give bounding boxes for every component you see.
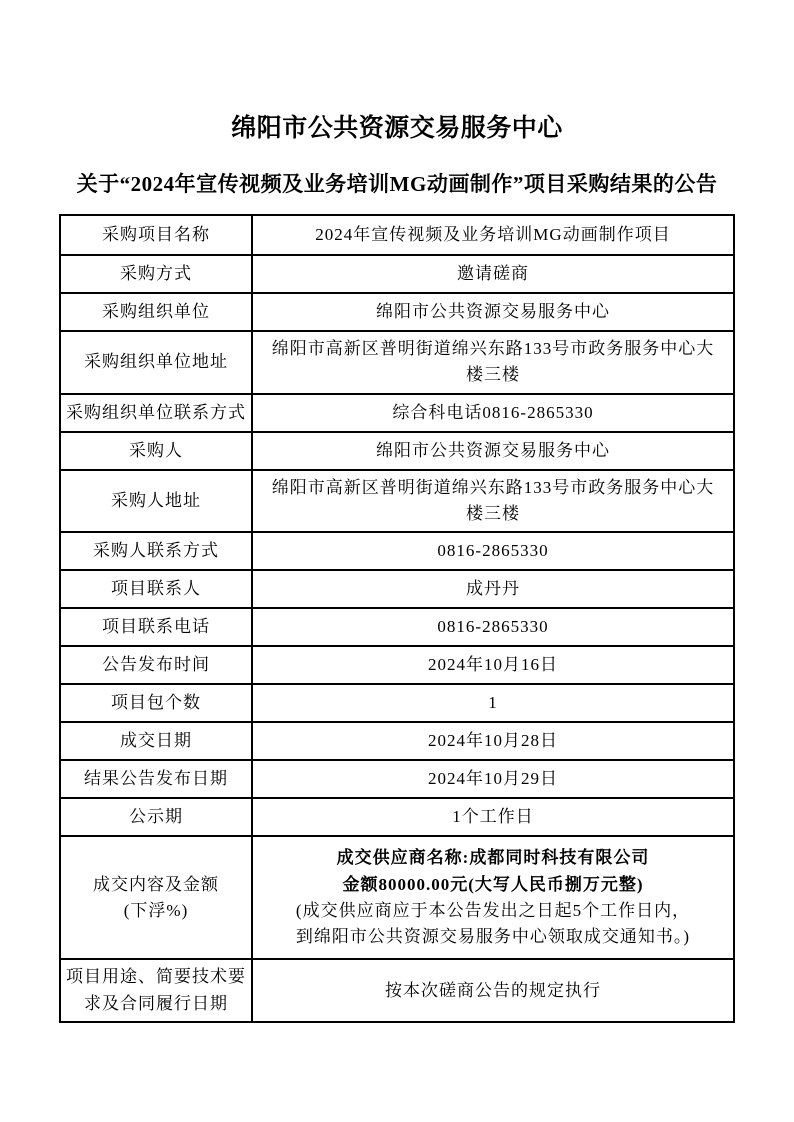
row-label-line1: 成交内容及金额 [93,872,219,898]
row-value: 2024年10月28日 [253,723,733,759]
row-label: 结果公告发布日期 [61,761,253,797]
table-row: 项目联系人 成丹丹 [61,569,733,607]
table-row: 采购方式 邀请磋商 [61,254,733,292]
row-label-line2: (下浮%) [124,898,188,924]
row-label: 项目联系人 [61,571,253,607]
row-value: 成交供应商名称:成都同时科技有限公司 金额80000.00元(大写人民币捌万元整… [253,837,733,958]
row-value: 邀请磋商 [253,256,733,292]
row-label: 采购项目名称 [61,216,253,254]
row-value: 1个工作日 [253,799,733,835]
table-row-award: 成交内容及金额 (下浮%) 成交供应商名称:成都同时科技有限公司 金额80000… [61,835,733,958]
table-row: 结果公告发布日期 2024年10月29日 [61,759,733,797]
document-title: 绵阳市公共资源交易服务中心 [0,0,794,144]
row-label: 项目用途、简要技术要求及合同履行日期 [61,960,253,1021]
row-value: 绵阳市公共资源交易服务中心 [253,433,733,469]
row-label: 采购组织单位地址 [61,332,253,393]
row-value: 绵阳市高新区普明街道绵兴东路133号市政务服务中心大楼三楼 [253,332,733,393]
table-row: 采购组织单位联系方式 综合科电话0816-2865330 [61,393,733,431]
row-label: 成交日期 [61,723,253,759]
row-value: 综合科电话0816-2865330 [253,395,733,431]
row-value: 2024年10月29日 [253,761,733,797]
announcement-document: 绵阳市公共资源交易服务中心 关于“2024年宣传视频及业务培训MG动画制作”项目… [0,0,794,1122]
row-label: 项目包个数 [61,685,253,721]
row-label: 项目联系电话 [61,609,253,645]
row-value: 成丹丹 [253,571,733,607]
table-row: 采购人地址 绵阳市高新区普明街道绵兴东路133号市政务服务中心大楼三楼 [61,469,733,532]
row-value: 2024年10月16日 [253,647,733,683]
row-label: 采购人联系方式 [61,533,253,569]
award-supplier-name: 成交供应商名称:成都同时科技有限公司 [337,845,650,871]
table-row: 公告发布时间 2024年10月16日 [61,645,733,683]
table-row: 项目包个数 1 [61,683,733,721]
row-label: 采购组织单位 [61,294,253,330]
row-label: 采购方式 [61,256,253,292]
table-row: 成交日期 2024年10月28日 [61,721,733,759]
table-row: 采购组织单位 绵阳市公共资源交易服务中心 [61,292,733,330]
table-row: 采购人 绵阳市公共资源交易服务中心 [61,431,733,469]
award-amount: 金额80000.00元(大写人民币捌万元整) [342,872,643,898]
table-row: 采购项目名称 2024年宣传视频及业务培训MG动画制作项目 [61,216,733,254]
row-value: 1 [253,685,733,721]
table-row: 项目联系电话 0816-2865330 [61,607,733,645]
row-value: 0816-2865330 [253,609,733,645]
row-label: 采购人地址 [61,471,253,532]
row-label: 成交内容及金额 (下浮%) [61,837,253,958]
row-value: 绵阳市公共资源交易服务中心 [253,294,733,330]
table-row: 项目用途、简要技术要求及合同履行日期 按本次磋商公告的规定执行 [61,958,733,1021]
row-value: 2024年宣传视频及业务培训MG动画制作项目 [253,216,733,254]
table-row: 采购人联系方式 0816-2865330 [61,531,733,569]
row-value: 绵阳市高新区普明街道绵兴东路133号市政务服务中心大楼三楼 [253,471,733,532]
announcement-subtitle: 关于“2024年宣传视频及业务培训MG动画制作”项目采购结果的公告 [0,168,794,198]
procurement-result-table: 采购项目名称 2024年宣传视频及业务培训MG动画制作项目 采购方式 邀请磋商 … [59,214,735,1023]
row-label: 公告发布时间 [61,647,253,683]
table-row: 公示期 1个工作日 [61,797,733,835]
row-value: 按本次磋商公告的规定执行 [253,960,733,1021]
row-label: 公示期 [61,799,253,835]
row-label: 采购人 [61,433,253,469]
row-label: 采购组织单位联系方式 [61,395,253,431]
table-row: 采购组织单位地址 绵阳市高新区普明街道绵兴东路133号市政务服务中心大楼三楼 [61,330,733,393]
award-note: (成交供应商应于本公告发出之日起5个工作日内，到绵阳市公共资源交易服务中心领取成… [263,898,723,951]
row-value: 0816-2865330 [253,533,733,569]
